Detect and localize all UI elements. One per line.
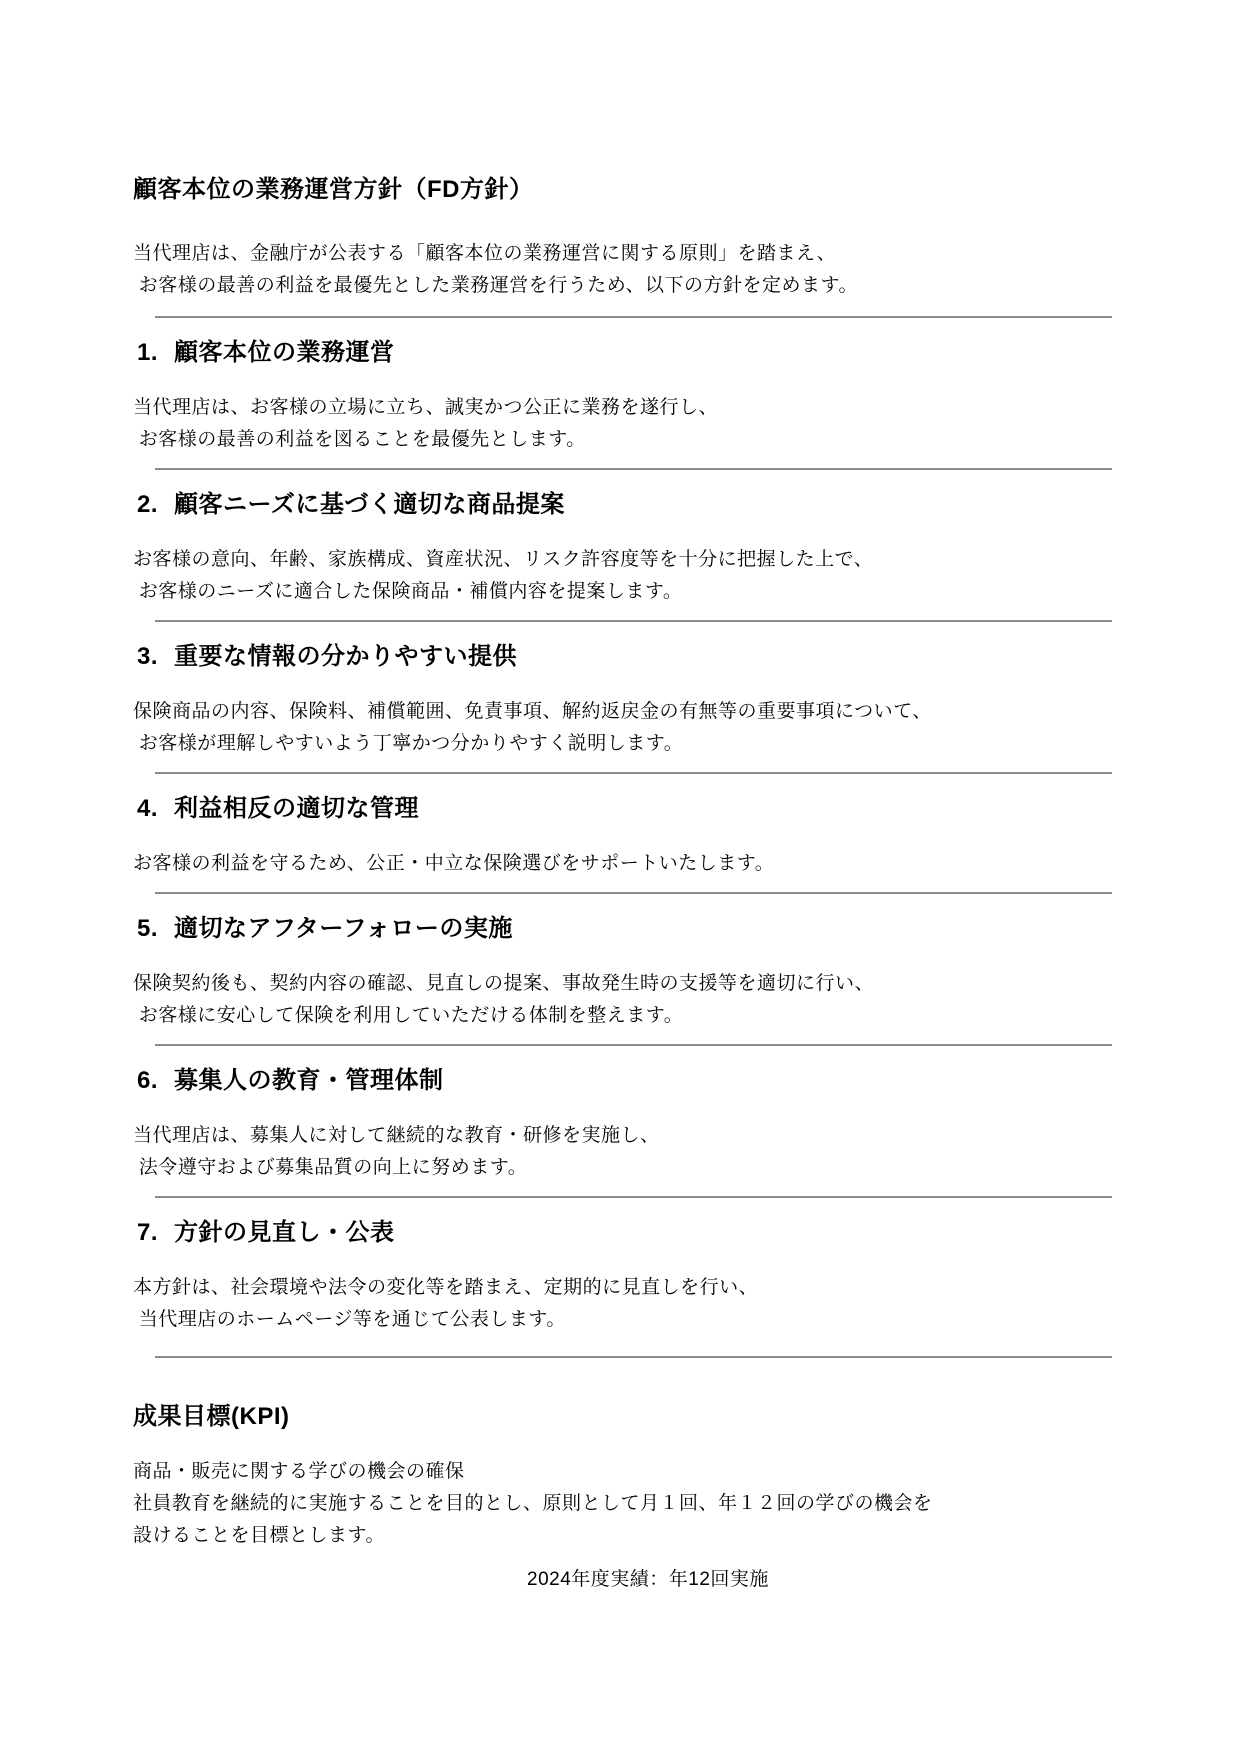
- section-heading: 2.顧客ニーズに基づく適切な商品提案: [137, 490, 1112, 520]
- section-title: 方針の見直し・公表: [174, 1219, 395, 1246]
- kpi-body: 商品・販売に関する学びの機会の確保 社員教育を継続的に実施することを目的とし、原…: [133, 1456, 1112, 1552]
- section-number: 1.: [137, 338, 158, 368]
- policy-section-7: 7.方針の見直し・公表 本方針は、社会環境や法令の変化等を踏まえ、定期的に見直し…: [133, 1218, 1112, 1336]
- policy-section-1: 1.顧客本位の業務運営 当代理店は、お客様の立場に立ち、誠実かつ公正に業務を遂行…: [133, 338, 1112, 456]
- policy-section-4: 4.利益相反の適切な管理 お客様の利益を守るため、公正・中立な保険選びをサポート…: [133, 794, 1112, 880]
- section-body: 本方針は、社会環境や法令の変化等を踏まえ、定期的に見直しを行い、 当代理店のホー…: [133, 1272, 1112, 1336]
- section-title: 利益相反の適切な管理: [174, 795, 419, 822]
- section-heading: 5.適切なアフターフォローの実施: [137, 914, 1112, 944]
- section-heading: 7.方針の見直し・公表: [137, 1218, 1112, 1248]
- section-number: 7.: [137, 1218, 158, 1248]
- section-number: 3.: [137, 642, 158, 672]
- kpi-heading: 成果目標(KPI): [133, 1402, 1112, 1432]
- intro-paragraph: 当代理店は、金融庁が公表する「顧客本位の業務運営に関する原則」を踏まえ、 お客様…: [133, 238, 1112, 302]
- document-title: 顧客本位の業務運営方針（FD方針）: [133, 175, 1112, 205]
- section-divider: [155, 620, 1112, 622]
- section-body: 当代理店は、お客様の立場に立ち、誠実かつ公正に業務を遂行し、 お客様の最善の利益…: [133, 392, 1112, 456]
- section-title: 募集人の教育・管理体制: [174, 1067, 444, 1094]
- section-title: 顧客ニーズに基づく適切な商品提案: [174, 491, 565, 518]
- section-heading: 6.募集人の教育・管理体制: [137, 1066, 1112, 1096]
- section-number: 4.: [137, 794, 158, 824]
- section-title: 重要な情報の分かりやすい提供: [174, 643, 517, 670]
- section-title: 顧客本位の業務運営: [174, 339, 395, 366]
- section-number: 6.: [137, 1066, 158, 1096]
- document-page: 顧客本位の業務運営方針（FD方針） 当代理店は、金融庁が公表する「顧客本位の業務…: [0, 0, 1242, 1755]
- kpi-section: 成果目標(KPI) 商品・販売に関する学びの機会の確保 社員教育を継続的に実施す…: [133, 1402, 1112, 1596]
- policy-section-3: 3.重要な情報の分かりやすい提供 保険商品の内容、保険料、補償範囲、免責事項、解…: [133, 642, 1112, 760]
- section-divider: [155, 892, 1112, 894]
- section-body: お客様の利益を守るため、公正・中立な保険選びをサポートいたします。: [133, 848, 1112, 880]
- policy-section-5: 5.適切なアフターフォローの実施 保険契約後も、契約内容の確認、見直しの提案、事…: [133, 914, 1112, 1032]
- kpi-result: 2024年度実績：年12回実施: [133, 1564, 1112, 1596]
- section-body: 当代理店は、募集人に対して継続的な教育・研修を実施し、 法令遵守および募集品質の…: [133, 1120, 1112, 1184]
- section-divider: [155, 1044, 1112, 1046]
- section-heading: 1.顧客本位の業務運営: [137, 338, 1112, 368]
- section-divider: [155, 772, 1112, 774]
- section-body: 保険契約後も、契約内容の確認、見直しの提案、事故発生時の支援等を適切に行い、 お…: [133, 968, 1112, 1032]
- section-number: 5.: [137, 914, 158, 944]
- section-divider: [155, 1196, 1112, 1198]
- section-divider: [155, 1356, 1112, 1358]
- section-body: お客様の意向、年齢、家族構成、資産状況、リスク許容度等を十分に把握した上で、 お…: [133, 544, 1112, 608]
- section-body: 保険商品の内容、保険料、補償範囲、免責事項、解約返戻金の有無等の重要事項について…: [133, 696, 1112, 760]
- section-heading: 4.利益相反の適切な管理: [137, 794, 1112, 824]
- section-divider: [155, 468, 1112, 470]
- section-title: 適切なアフターフォローの実施: [174, 915, 513, 942]
- policy-section-6: 6.募集人の教育・管理体制 当代理店は、募集人に対して継続的な教育・研修を実施し…: [133, 1066, 1112, 1184]
- section-heading: 3.重要な情報の分かりやすい提供: [137, 642, 1112, 672]
- policy-section-2: 2.顧客ニーズに基づく適切な商品提案 お客様の意向、年齢、家族構成、資産状況、リ…: [133, 490, 1112, 608]
- section-divider: [155, 316, 1112, 318]
- section-number: 2.: [137, 490, 158, 520]
